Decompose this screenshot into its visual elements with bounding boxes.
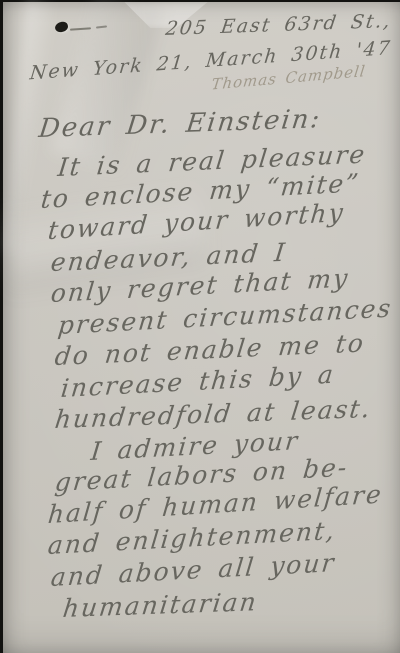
salutation: Dear Dr. Einstein: (37, 104, 323, 144)
letter-body: It is a real pleasure to enclose my “mit… (3, 152, 400, 625)
scanned-letter: 205 East 63rd St., New York 21, March 30… (0, 0, 400, 653)
letter-header: 205 East 63rd St., New York 21, March 30… (29, 8, 392, 81)
paper-sheet: 205 East 63rd St., New York 21, March 30… (3, 2, 400, 653)
